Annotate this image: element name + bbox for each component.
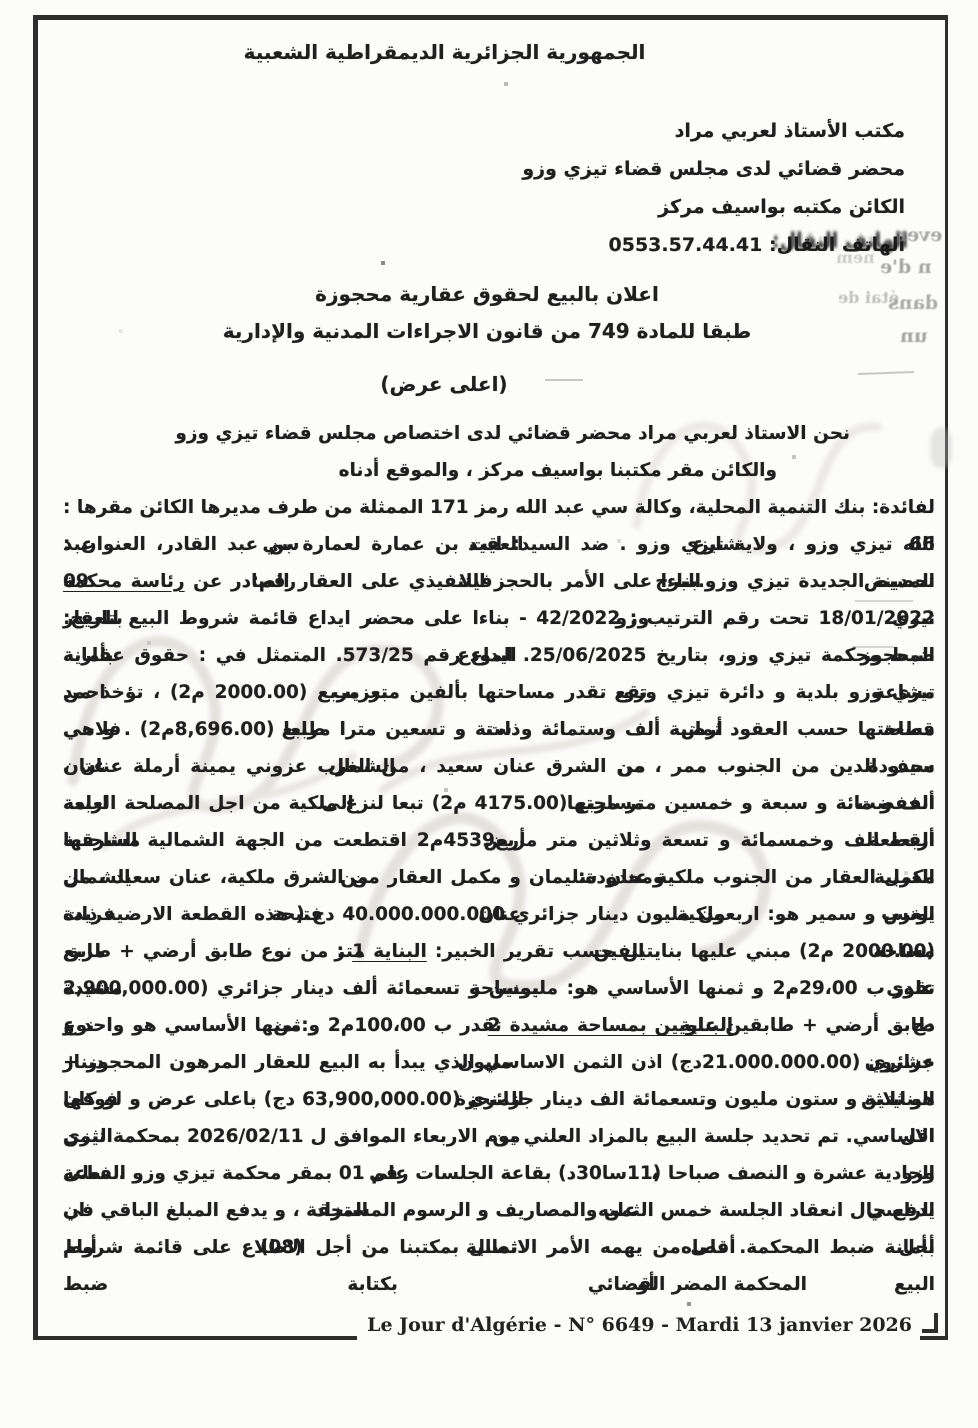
body-line: المدينة الجديدة تيزي وزو.بناءا على الأمر… — [63, 563, 935, 600]
bleed-through-fragment: dans — [888, 292, 938, 314]
body-line: طابق أرضي + طابقين علويين بمساحة مشيدة ت… — [63, 1007, 935, 1044]
body-lines: نحن الاستاذ لعربي مراد محضر قضائي لدى اخ… — [63, 415, 935, 1303]
body-line: جزائري (21.000.000.00دج) اذن الثمن الاسا… — [63, 1044, 935, 1081]
body-line: 18/01/2022 تحت رقم الترتيب : 42/2022 - ب… — [63, 600, 935, 637]
body-line: بأمانة ضبط المحكمة. على من يهمه الأمر ال… — [63, 1229, 935, 1266]
body-line: والكائن مقر مكتبنا بواسيف مركز ، والموقع… — [63, 452, 935, 489]
notice-title-line2: طبقا للمادة 749 من قانون الاجراءات المدن… — [63, 313, 911, 350]
bleed-through-fragment: n d'e — [880, 256, 932, 278]
footer-corner-hook — [922, 1313, 938, 1333]
office-phone-line: الهاتف النقال: الهاتف النقال: 0553.57.44… — [400, 226, 905, 264]
body-line: الحادية عشرة و النصف صباحا (11سا30د) بقا… — [63, 1155, 935, 1192]
body-line: يدفع حال انعقاد الجلسة خمس الثمن والمصار… — [63, 1192, 935, 1229]
office-role-line: محضر قضائي لدى مجلس قضاء تيزي وزو — [400, 150, 905, 188]
newspaper-footer: Le Jour d'Algérie - N° 6649 - Mardi 13 j… — [33, 1312, 948, 1340]
notice-title-line1: اعلان بالبيع لحقوق عقارية محجوزة — [63, 276, 911, 313]
body-line: مكمل العقار من الجنوب ملكية عنان سليمان … — [63, 859, 935, 896]
body-line: لفائدة: بنك التنمية المحلية، وكالة سي عب… — [63, 489, 935, 526]
body-line: تقدر ب 29،00م2 و ثمنها الأساسي هو: مليون… — [63, 970, 935, 1007]
body-line: هو ثلاثة و ستون مليون وتسعمائة الف دينار… — [63, 1081, 935, 1118]
body-line: الاساسي. تم تحديد جلسة البيع بالمزاد الع… — [63, 1118, 935, 1155]
notice-title-block: اعلان بالبيع لحقوق عقارية محجوزة طبقا لل… — [63, 276, 935, 350]
office-address-line: الكائن مكتبه بواسيف مركز — [400, 188, 905, 226]
country-header: الجمهورية الجزائرية الديمقراطية الشعبية — [33, 40, 948, 64]
body-line: (2000.00 م2) مبني عليها بنايتين حسب تقري… — [63, 933, 935, 970]
bleed-through-fragment: un — [900, 325, 928, 347]
body-line: مساحتها حسب العقود ثمانية ألف وستمائة و … — [63, 711, 935, 748]
body-line: أربعة الف وخمسمائة و تسعة وثلاثين متر مر… — [63, 822, 935, 859]
phone-number: 0553.57.44.41 — [609, 234, 763, 256]
body-line: سيف الدين من الجنوب ممر ، من الشرق عنان … — [63, 748, 935, 785]
body-line: نحن الاستاذ لعربي مراد محضر قضائي لدى اخ… — [63, 415, 935, 452]
office-name-line: مكتب الأستاذ لعربي مراد — [400, 112, 905, 150]
body-line: ضبط محكمة تيزي وزو، بتاريخ 25/06/2025. ا… — [63, 637, 935, 674]
body-line: تيزي وزو بلدية و دائرة تيزي وزو، تقدر مس… — [63, 674, 935, 711]
bleed-through-fragment: nem — [836, 248, 875, 267]
newspaper-footer-text: Le Jour d'Algérie - N° 6649 - Mardi 13 j… — [357, 1312, 920, 1340]
scan-noise-speckles — [0, 0, 2, 2]
body-line: يونس و سمير هو: اربعون مليون دينار جزائر… — [63, 896, 935, 933]
highest-bid-subtitle: (اعلى عرض) — [63, 372, 935, 396]
bleed-through-fragment: ever — [897, 224, 942, 246]
scanned-legal-notice-page: الجمهورية الجزائرية الديمقراطية الشعبية … — [0, 0, 978, 1428]
bailiff-office-block: مكتب الأستاذ لعربي مراد محضر قضائي لدى م… — [400, 112, 905, 264]
body-line: ألف و مائة و سبعة و خمسين متر مربع (4175… — [63, 785, 935, 822]
body-line: الله تيزي وزو ، ولاية تيزي وزو . ضد السي… — [63, 526, 935, 563]
